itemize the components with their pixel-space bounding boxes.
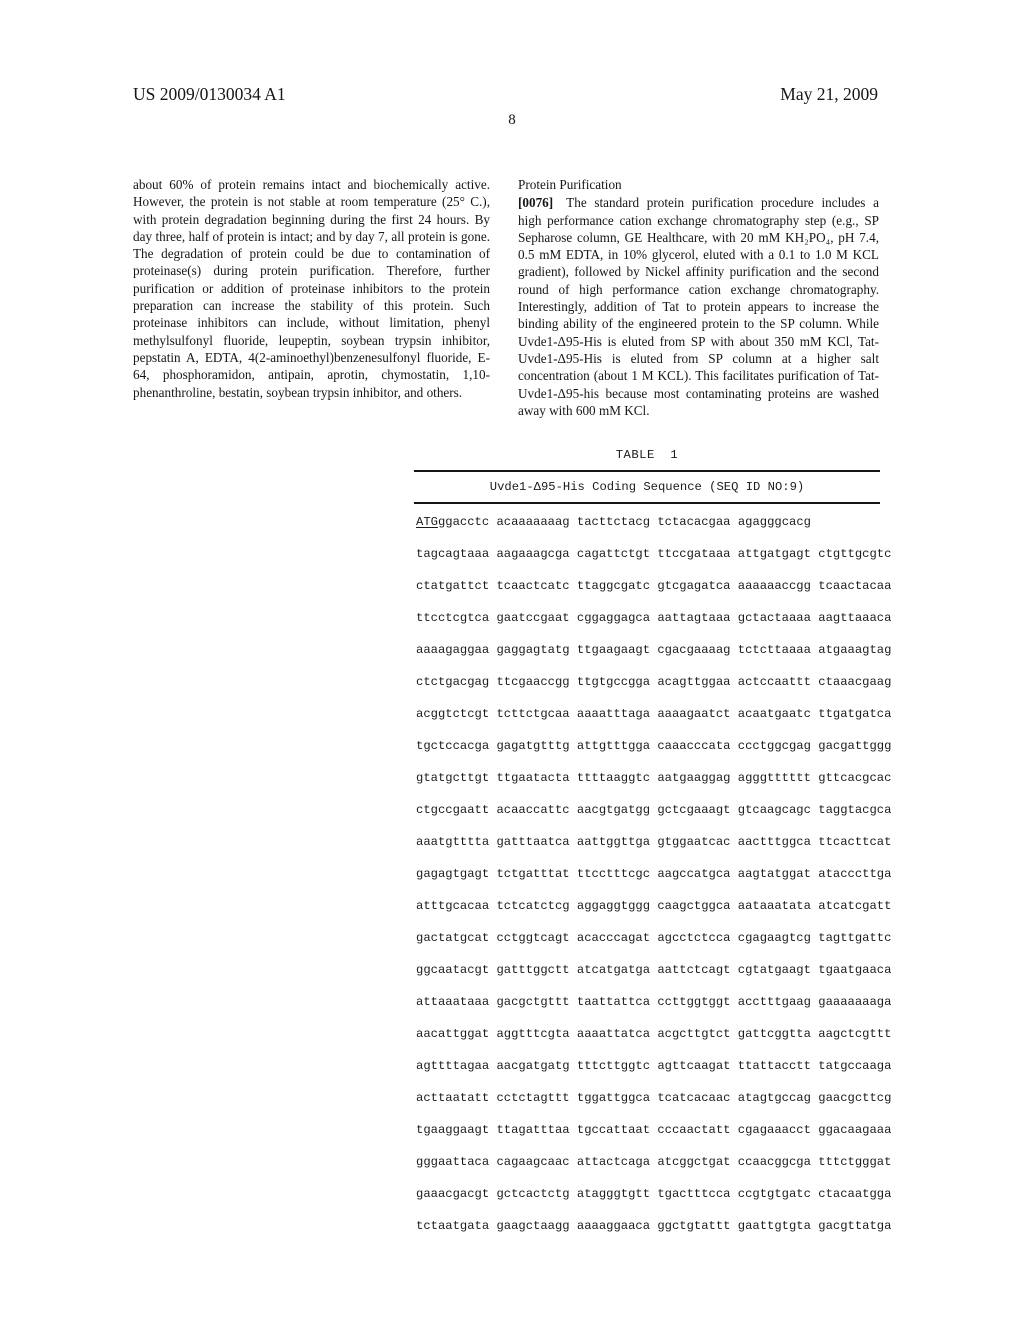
- sequence-line: attaaataaa gacgctgttt taattattca ccttggt…: [416, 986, 880, 1018]
- table-title: TABLE 1: [414, 448, 880, 463]
- table-rule-top: [414, 470, 880, 472]
- start-codon: ATG: [416, 515, 438, 529]
- sequence-line: ggcaatacgt gatttggctt atcatgatga aattctc…: [416, 954, 880, 986]
- sequence-line: tgaaggaagt ttagatttaa tgccattaat cccaact…: [416, 1114, 880, 1146]
- sequence-line: tagcagtaaa aagaaagcga cagattctgt ttccgat…: [416, 538, 880, 570]
- paragraph-tag: [0076]: [518, 195, 566, 210]
- sequence-line: gggaattaca cagaagcaac attactcaga atcggct…: [416, 1146, 880, 1178]
- sequence-line-first: ATGggacctc acaaaaaaag tacttctacg tctacac…: [416, 506, 880, 538]
- sequence-line: tctaatgata gaagctaagg aaaaggaaca ggctgta…: [416, 1210, 880, 1242]
- sequence-line: gagagtgagt tctgatttat ttcctttcgc aagccat…: [416, 858, 880, 890]
- page-number: 8: [0, 112, 1024, 129]
- table-subtitle: Uvde1-Δ95-His Coding Sequence (SEQ ID NO…: [414, 480, 880, 495]
- sequence-line: tgctccacga gagatgtttg attgtttgga caaaccc…: [416, 730, 880, 762]
- sequence-line: ttcctcgtca gaatccgaat cggaggagca aattagt…: [416, 602, 880, 634]
- left-column-paragraph: about 60% of protein remains intact and …: [133, 177, 490, 400]
- sequence-line: aaatgtttta gatttaatca aattggttga gtggaat…: [416, 826, 880, 858]
- sequence-line: aaaagaggaa gaggagtatg ttgaagaagt cgacgaa…: [416, 634, 880, 666]
- sequence-line: gactatgcat cctggtcagt acacccagat agcctct…: [416, 922, 880, 954]
- paragraph-text: The standard protein purification proced…: [518, 195, 879, 418]
- sequence-line: gtatgcttgt ttgaatacta ttttaaggtc aatgaag…: [416, 762, 880, 794]
- sequence-line: ctatgattct tcaactcatc ttaggcgatc gtcgaga…: [416, 570, 880, 602]
- sequence-line: atttgcacaa tctcatctcg aggaggtggg caagctg…: [416, 890, 880, 922]
- sequence-line: acggtctcgt tcttctgcaa aaaatttaga aaaagaa…: [416, 698, 880, 730]
- publication-date: May 21, 2009: [700, 84, 878, 105]
- sequence-line: agttttagaa aacgatgatg tttcttggtc agttcaa…: [416, 1050, 880, 1082]
- left-column: about 60% of protein remains intact and …: [133, 176, 490, 401]
- table-1: TABLE 1 Uvde1-Δ95-His Coding Sequence (S…: [414, 448, 880, 1242]
- paragraph-0076: [0076]The standard protein purification …: [518, 194, 879, 419]
- section-heading: Protein Purification: [518, 176, 879, 193]
- sequence-line: acttaatatt cctctagttt tggattggca tcatcac…: [416, 1082, 880, 1114]
- sequence-line: aacattggat aggtttcgta aaaattatca acgcttg…: [416, 1018, 880, 1050]
- sequence-block: ATGggacctc acaaaaaaag tacttctacg tctacac…: [414, 506, 880, 1242]
- sequence-line: ctgccgaatt acaaccattc aacgtgatgg gctcgaa…: [416, 794, 880, 826]
- right-column: Protein Purification [0076]The standard …: [518, 176, 879, 419]
- table-rule-bottom: [414, 502, 880, 504]
- patent-page: US 2009/0130034 A1 May 21, 2009 8 about …: [0, 0, 1024, 1320]
- sequence-line: ctctgacgag ttcgaaccgg ttgtgccgga acagttg…: [416, 666, 880, 698]
- sequence-line-first-rest: ggacctc acaaaaaaag tacttctacg tctacacgaa…: [438, 515, 811, 529]
- sequence-line: gaaacgacgt gctcactctg atagggtgtt tgacttt…: [416, 1178, 880, 1210]
- patent-number: US 2009/0130034 A1: [133, 84, 286, 105]
- sequence-lines: tagcagtaaa aagaaagcga cagattctgt ttccgat…: [416, 538, 880, 1242]
